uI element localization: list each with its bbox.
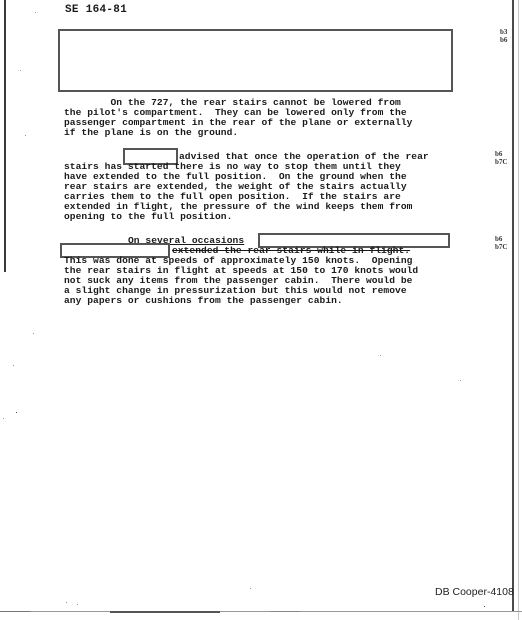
exemption-code: b7C	[495, 243, 507, 251]
scan-speck	[77, 604, 78, 605]
text-line: any papers or cushions from the passenge…	[64, 296, 343, 306]
exemption-code: b7C	[495, 158, 507, 166]
scan-speck	[33, 333, 34, 334]
scan-speck	[484, 606, 485, 607]
exemption-codes: b3 b6	[500, 28, 507, 44]
document-page: SE 164-81 b3 b6 b6 b7C b6 b7C On the 727…	[0, 0, 522, 620]
scan-smudge	[0, 611, 30, 612]
scan-speck	[250, 588, 251, 589]
scan-speck	[35, 12, 36, 13]
scan-speck	[380, 355, 381, 356]
scan-speck	[20, 70, 21, 71]
exemption-code: b3	[500, 28, 507, 36]
scan-speck	[13, 365, 14, 366]
redaction-box	[58, 29, 453, 92]
scan-speck	[3, 418, 4, 419]
scan-edge-outer	[518, 0, 519, 620]
scan-edge-right	[512, 0, 514, 612]
exemption-codes: b6 b7C	[495, 150, 507, 166]
text-line: opening to the full position.	[64, 212, 232, 222]
scan-speck	[460, 380, 461, 381]
scan-speck	[25, 135, 26, 136]
text-line: if the plane is on the ground.	[64, 128, 238, 138]
exemption-code: b6	[495, 235, 507, 243]
scan-speck	[16, 412, 17, 413]
scan-speck	[66, 602, 67, 603]
scan-edge-bottom	[0, 611, 522, 612]
scan-edge-left	[4, 0, 6, 272]
bates-stamp: DB Cooper-4108	[435, 586, 514, 598]
scan-smudge	[110, 611, 220, 613]
scan-smudge	[270, 611, 300, 612]
exemption-code: b6	[500, 36, 507, 44]
file-number: SE 164-81	[65, 4, 127, 16]
exemption-codes: b6 b7C	[495, 235, 507, 251]
exemption-code: b6	[495, 150, 507, 158]
